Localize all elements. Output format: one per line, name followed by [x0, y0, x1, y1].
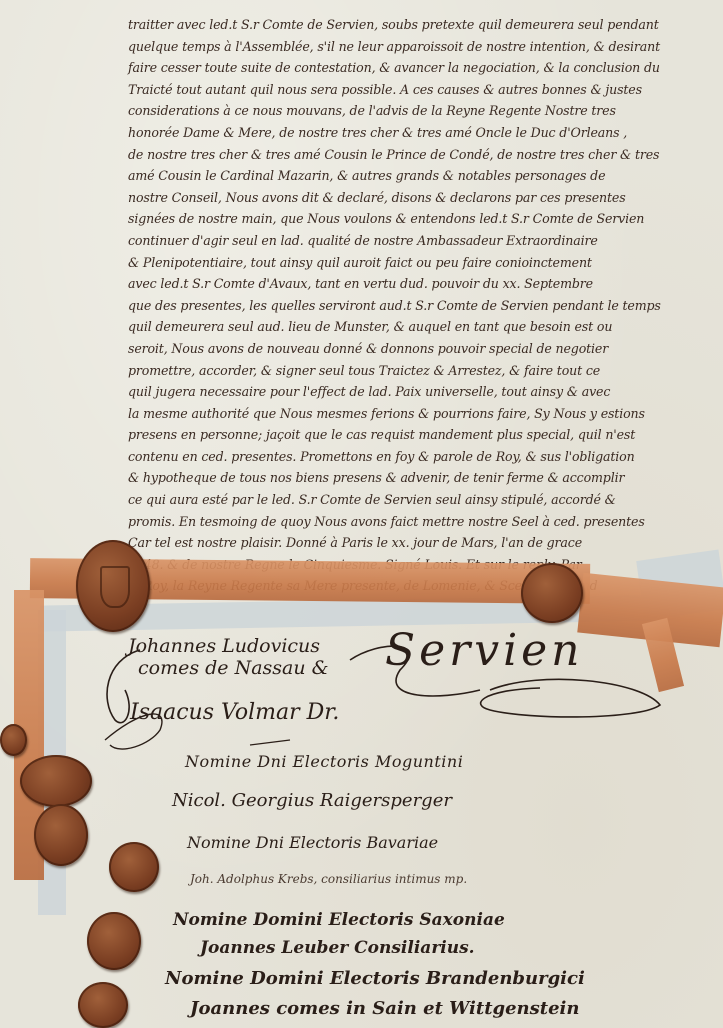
text-line: seroit, Nous avons de nouveau donné & do…: [128, 338, 688, 360]
signature-wittgenstein: Joannes comes in Sain et Wittgenstein: [190, 998, 579, 1019]
text-line: faire cesser toute suite de contestation…: [128, 57, 688, 79]
signature-saxony-title: Nomine Domini Electoris Saxoniae: [173, 910, 505, 930]
text-line: & Plenipotentiaire, tout ainsy quil auro…: [128, 252, 688, 274]
text-line: presens en personne; jaçoit que le cas r…: [128, 424, 688, 446]
signature-raigersperger: Nicol. Georgius Raigersperger: [172, 790, 452, 811]
wax-seal: [0, 724, 27, 756]
text-line: signées de nostre main, que Nous voulons…: [128, 208, 688, 230]
text-line: avec led.t S.r Comte d'Avaux, tant en ve…: [128, 273, 688, 295]
wax-seal: [20, 755, 92, 807]
text-line: la mesme authorité que Nous mesmes ferio…: [128, 403, 688, 425]
signature-flourish-servien: [340, 620, 720, 730]
wax-seal: [521, 563, 583, 623]
text-line: quelque temps à l'Assemblée, s'il ne leu…: [128, 36, 688, 58]
text-line: promis. En tesmoing de quoy Nous avons f…: [128, 511, 688, 533]
treaty-body-text: traitter avec led.t S.r Comte de Servien…: [128, 14, 688, 597]
text-line: continuer d'agir seul en lad. qualité de…: [128, 230, 688, 252]
text-line: nostre Conseil, Nous avons dit & declaré…: [128, 187, 688, 209]
text-line: contenu en ced. presentes. Promettons en…: [128, 446, 688, 468]
signature-mainz-title: Nomine Dni Electoris Moguntini: [185, 752, 463, 771]
signature-brandenburg-title: Nomine Domini Electoris Brandenburgici: [165, 968, 585, 989]
text-line: amé Cousin le Cardinal Mazarin, & autres…: [128, 165, 688, 187]
text-line: considerations à ce nous mouvans, de l'a…: [128, 100, 688, 122]
wax-seal: [87, 912, 141, 970]
text-line: Traicté tout autant quil nous sera possi…: [128, 79, 688, 101]
text-line: quil jugera necessaire pour l'effect de …: [128, 381, 688, 403]
wax-seal: [109, 842, 159, 892]
text-line: promettre, accorder, & signer seul tous …: [128, 360, 688, 382]
text-line: & hypotheque de tous nos biens presens &…: [128, 467, 688, 489]
signature-flourish-volmar: [100, 700, 300, 760]
wax-seal: [34, 804, 88, 866]
signature-line: comes de Nassau &: [128, 657, 329, 679]
text-line: honorée Dame & Mere, de nostre tres cher…: [128, 122, 688, 144]
text-line: ce qui aura esté par le led. S.r Comte d…: [128, 489, 688, 511]
signature-krebs: Joh. Adolphus Krebs, consiliarius intimu…: [190, 872, 467, 886]
text-line: de nostre tres cher & tres amé Cousin le…: [128, 144, 688, 166]
signature-nassau: Johannes Ludovicus comes de Nassau &: [128, 635, 329, 679]
text-line: que des presentes, les quelles serviront…: [128, 295, 688, 317]
wax-seal: [78, 982, 128, 1028]
text-line: Car tel est nostre plaisir. Donné à Pari…: [128, 532, 688, 554]
signature-line: Johannes Ludovicus: [128, 635, 329, 657]
signature-leuber: Joannes Leuber Consiliarius.: [200, 938, 475, 958]
signature-bavaria-title: Nomine Dni Electoris Bavariae: [187, 833, 438, 852]
wax-seal-royal: [76, 540, 150, 632]
text-line: traitter avec led.t S.r Comte de Servien…: [128, 14, 688, 36]
text-line: quil demeurera seul aud. lieu de Munster…: [128, 316, 688, 338]
